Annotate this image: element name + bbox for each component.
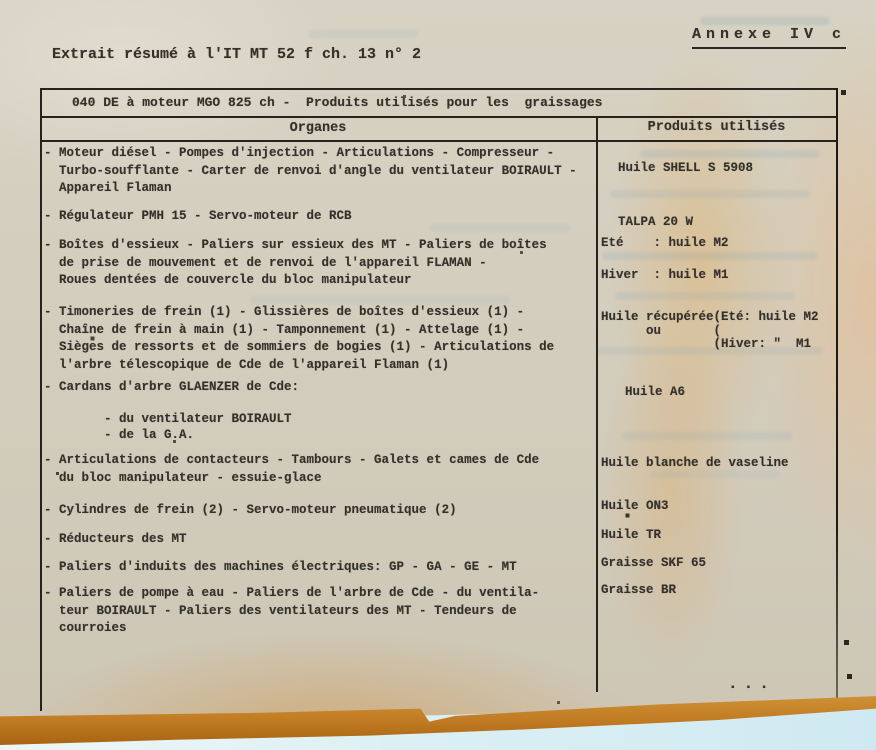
ink-bleed-smudge xyxy=(700,17,830,25)
produit-cell: TALPA 20 W xyxy=(618,214,693,232)
ink-bleed-smudge xyxy=(250,296,510,304)
table-title-separator xyxy=(40,116,838,118)
table-top-border xyxy=(40,88,838,90)
produit-cell: Eté : huile M2 Hiver : huile M1 xyxy=(601,235,729,283)
ink-bleed-smudge xyxy=(622,432,792,440)
table-header-separator xyxy=(40,140,838,142)
continuation-dots: ... xyxy=(728,676,775,694)
produit-cell: Huile A6 xyxy=(625,384,685,402)
table-title: 040 DE à moteur MGO 825 ch - Produits ut… xyxy=(72,94,603,112)
table-right-border xyxy=(836,88,838,713)
organes-cell: - Paliers de pompe à eau - Paliers de l'… xyxy=(44,585,539,638)
produit-cell: Huile récupérée(Eté: huile M2 ou ( (Hive… xyxy=(601,311,819,352)
organes-cell: - Cylindres de frein (2) - Servo-moteur … xyxy=(44,502,457,520)
organes-cell: - Moteur diésel - Pompes d'injection - A… xyxy=(44,145,577,198)
organes-cell: - Réducteurs des MT xyxy=(44,531,187,549)
organes-cell: - Cardans d'arbre GLAENZER de Cde: - du … xyxy=(44,379,299,443)
table-left-border xyxy=(40,88,42,711)
paper-specks xyxy=(0,0,1,1)
ink-bleed-smudge xyxy=(308,30,418,38)
document-reference: Extrait résumé à l'IT MT 52 f ch. 13 n° … xyxy=(52,46,421,64)
organes-cell: - Boîtes d'essieux - Paliers sur essieux… xyxy=(44,237,547,290)
organes-cell: - Paliers d'induits des machines électri… xyxy=(44,559,517,577)
organes-cell: - Régulateur PMH 15 - Servo-moteur de RC… xyxy=(44,208,352,226)
produit-cell: Huile ON3 xyxy=(601,498,669,516)
ink-bleed-smudge xyxy=(640,150,820,158)
produit-cell: Graisse BR xyxy=(601,582,676,600)
organes-cell: - Timoneries de frein (1) - Glissières d… xyxy=(44,304,554,374)
annex-label: Annexe IV c xyxy=(692,26,846,49)
ink-bleed-smudge xyxy=(615,292,795,300)
column-header-organes: Organes xyxy=(40,120,596,138)
column-header-produits: Produits utilisés xyxy=(596,119,837,137)
document-page: Extrait résumé à l'IT MT 52 f ch. 13 n° … xyxy=(0,0,876,750)
produit-cell: Huile SHELL S 5908 xyxy=(618,160,753,178)
ink-bleed-smudge xyxy=(430,224,570,232)
organes-cell: - Articulations de contacteurs - Tambour… xyxy=(44,452,539,487)
table-column-divider xyxy=(596,116,598,692)
produit-cell: Graisse SKF 65 xyxy=(601,555,706,573)
produit-cell: Huile TR xyxy=(601,527,661,545)
ink-bleed-smudge xyxy=(610,190,810,198)
produit-cell: Huile blanche de vaseline xyxy=(601,455,789,473)
